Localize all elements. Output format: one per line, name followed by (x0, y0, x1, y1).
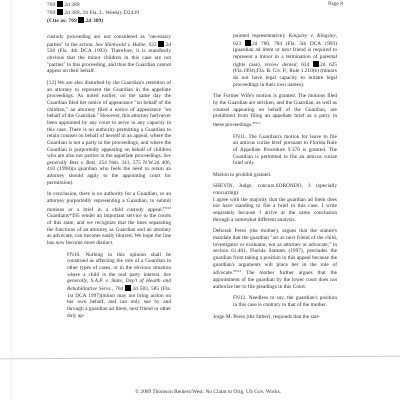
citation-line-1: 769 .2d 389 (47, 1, 347, 9)
text: [12] We are also disturbed by the Guardi… (47, 80, 171, 159)
footnote-fn12: FN12. Needless to say, the guardian's po… (233, 295, 337, 308)
paragraph: The Former Wife's motion is granted. The… (213, 93, 337, 128)
volume: 769 (47, 10, 55, 16)
paragraph: Jorge M. Perez (the father), responds th… (213, 314, 337, 321)
reporter-page: .2d 389, 24 Fla. L. Weekly D2439 (63, 10, 139, 16)
footnote-ref-fn10[interactable]: FN10 (163, 206, 171, 210)
paragraph: [12] We are also disturbed by the Guardi… (47, 80, 171, 187)
left-column: custody proceeding are not considered as… (47, 34, 171, 324)
text: pointed representative); (233, 33, 289, 39)
copyright-footer: © 2009 Thomson Reuters/West. No Claim to… (108, 389, 308, 395)
right-column: pointed representative); Kingsley v. Kin… (213, 33, 337, 325)
footnote-fn11: FN11. The Guardian's motion for leave to… (233, 134, 337, 167)
text: , 622 (146, 42, 159, 48)
citation-header: 769 .2d 389 769 .2d 389, 24 Fla. L. Week… (47, 1, 347, 25)
paragraph: Deborah Perez (the mother), argues that … (213, 228, 337, 290)
case-citation: See Shimwold v. Hubie (95, 42, 145, 48)
citation-line-2: 769 .2d 389, 24 Fla. L. Weekly D2439 (47, 9, 347, 17)
paragraph: custody proceeding are not considered as… (47, 34, 171, 75)
cite-as-line: (Cite as: 769 .2d 389) (47, 17, 347, 25)
text: , 704 (112, 286, 125, 292)
cite-as-prefix: (Cite as: 769 (47, 18, 77, 24)
text: FN10. Nothing in this opinion shall be c… (67, 252, 171, 278)
paragraph: SHEVIN, Judge, concurs.SORONDO, J. (spec… (213, 183, 337, 196)
page-divider (0, 356, 400, 360)
scan-edge (11, 0, 12, 400)
case-citation: Kingsley v. Kingsley (289, 33, 336, 39)
page-number: Page 8 (328, 1, 343, 7)
reporter-page: .2d 389 (63, 2, 80, 8)
footnote-fn10-continued: pointed representative); Kingsley v. Kin… (233, 33, 337, 88)
text: In conclusion, there is no authority for… (47, 191, 171, 212)
italic-text: review denied (265, 62, 297, 68)
paragraph: In conclusion, there is no authority for… (47, 191, 171, 246)
footnote-fn10: FN10. Nothing in this opinion shall be c… (67, 252, 171, 320)
text: Guardians*395 render an important servic… (47, 213, 171, 246)
paragraph: I agree with the majority that the guard… (213, 197, 337, 224)
paragraph: Motion to prohibit granted. (213, 172, 337, 179)
text: , 634 (296, 62, 312, 68)
footnote-ref-fn11[interactable]: FN11 (252, 121, 260, 125)
text: The Former Wife's motion is granted. The… (213, 93, 337, 128)
cite-as-suffix: .2d 389) (84, 18, 103, 24)
volume: 769 (47, 2, 55, 8)
